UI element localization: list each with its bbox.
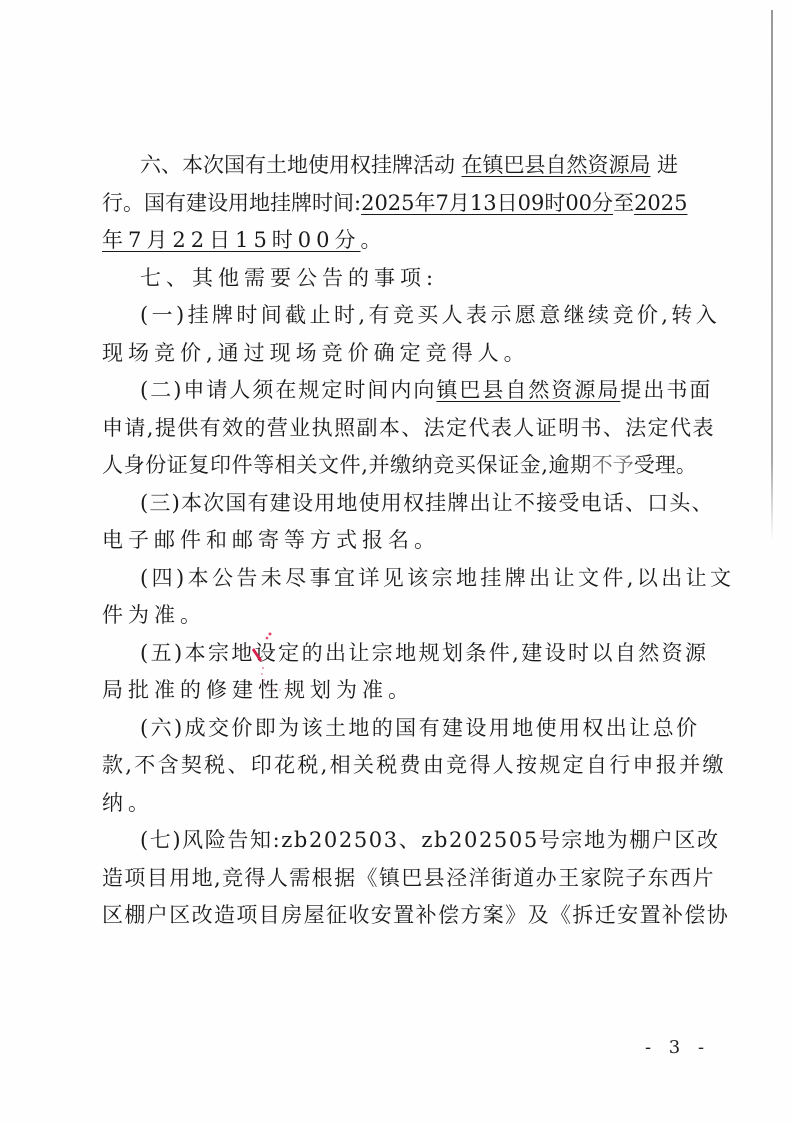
page-number: - 3 - (645, 1037, 710, 1058)
line-segment: 提出书面 (620, 375, 712, 405)
text-line: 局批准的修建性规划为准。 (102, 675, 678, 705)
document-page: 六、本次国有土地使用权挂牌活动 在镇巴县自然资源局 进 行。国有建设用地挂牌时间… (0, 0, 793, 1122)
line-text: 现场竞价,通过现场竞价确定竞得人。 (102, 338, 530, 368)
line-text: 局批准的修建性规划为准。 (102, 675, 414, 705)
line-segment: 进 (657, 150, 678, 180)
line-text: 件为准。 (102, 600, 206, 630)
line-text: 区棚户区改造项目房屋征收安置补偿方案》及《拆迁安置补偿协 (102, 900, 729, 930)
text-line: 六、本次国有土地使用权挂牌活动 在镇巴县自然资源局 进 (140, 150, 678, 180)
underlined-end-time: 年7月22日15时00分 (102, 225, 361, 255)
line-segment: 受理。 (634, 450, 697, 480)
text-line: (五)本宗地设定的出让宗地规划条件,建设时以自然资源 (140, 638, 678, 668)
text-line: 区棚户区改造项目房屋征收安置补偿方案》及《拆迁安置补偿协 (102, 900, 678, 930)
line-text: 申请,提供有效的营业执照副本、法定代表人证明书、法定代表 (102, 413, 715, 443)
binding-edge-line (771, 10, 773, 540)
text-line: 纳。 (102, 788, 678, 818)
line-text: 款,不含契税、印花税,相关税费由竞得人按规定自行申报并缴 (102, 750, 726, 780)
text-line: 申请,提供有效的营业执照副本、法定代表人证明书、法定代表 (102, 413, 678, 443)
line-segment: 至 (613, 188, 634, 218)
text-line: 电子邮件和邮寄等方式报名。 (102, 525, 678, 555)
line-text: (三)本次国有建设用地使用权挂牌出让不接受电话、口头、 (140, 488, 714, 518)
heading-text: 七、其他需要公告的事项: (140, 263, 438, 293)
line-segment: (二)申请人须在规定时间内向 (140, 375, 436, 405)
underlined-end-year: 2025 (634, 188, 687, 218)
section-heading: 七、其他需要公告的事项: (140, 263, 678, 293)
text-line: 件为准。 (102, 600, 678, 630)
text-line: (六)成交价即为该土地的国有建设用地使用权出让总价 (140, 713, 678, 743)
text-line: (二)申请人须在规定时间内向 镇巴县自然资源局 提出书面 (140, 375, 678, 405)
faint-text: 不予 (592, 450, 634, 480)
text-line: 行。国有建设用地挂牌时间: 2025年7月13日09时00分 至 2025 (102, 188, 678, 218)
line-text: 纳。 (102, 788, 154, 818)
line-segment: 六、本次国有土地使用权挂牌活动 (140, 150, 455, 180)
text-line: 款,不含契税、印花税,相关税费由竞得人按规定自行申报并缴 (102, 750, 678, 780)
line-text: 电子邮件和邮寄等方式报名。 (102, 525, 440, 555)
line-segment: 。 (361, 225, 387, 255)
text-line: 现场竞价,通过现场竞价确定竞得人。 (102, 338, 678, 368)
line-text: (四)本公告未尽事宜详见该宗地挂牌出让文件,以出让文 (140, 563, 734, 593)
underlined-location: 镇巴县自然资源局 (436, 375, 620, 405)
text-line: 人身份证复印件等相关文件,并缴纳竞买保证金,逾期 不予 受理。 (102, 450, 678, 480)
line-text: 造项目用地,竞得人需根据《镇巴县泾洋街道办王家院子东西片 (102, 863, 715, 893)
underlined-start-time: 2025年7月13日09时00分 (361, 188, 613, 218)
line-text: (七)风险告知:zb202503、zb202505号宗地为棚户区改 (140, 825, 720, 855)
line-text: (六)成交价即为该土地的国有建设用地使用权出让总价 (140, 713, 699, 743)
text-line: 年7月22日15时00分 。 (102, 225, 678, 255)
text-line: (四)本公告未尽事宜详见该宗地挂牌出让文件,以出让文 (140, 563, 678, 593)
text-line: (一)挂牌时间截止时,有竞买人表示愿意继续竞价,转入 (140, 300, 678, 330)
text-line: 造项目用地,竞得人需根据《镇巴县泾洋街道办王家院子东西片 (102, 863, 678, 893)
line-segment: 行。国有建设用地挂牌时间: (102, 188, 361, 218)
text-line: (三)本次国有建设用地使用权挂牌出让不接受电话、口头、 (140, 488, 678, 518)
line-text: (五)本宗地设定的出让宗地规划条件,建设时以自然资源 (140, 638, 708, 668)
underlined-location: 在镇巴县自然资源局 (462, 150, 651, 180)
line-segment: 人身份证复印件等相关文件,并缴纳竞买保证金,逾期 (102, 450, 592, 480)
line-text: (一)挂牌时间截止时,有竞买人表示愿意继续竞价,转入 (140, 300, 720, 330)
text-line: (七)风险告知:zb202503、zb202505号宗地为棚户区改 (140, 825, 678, 855)
